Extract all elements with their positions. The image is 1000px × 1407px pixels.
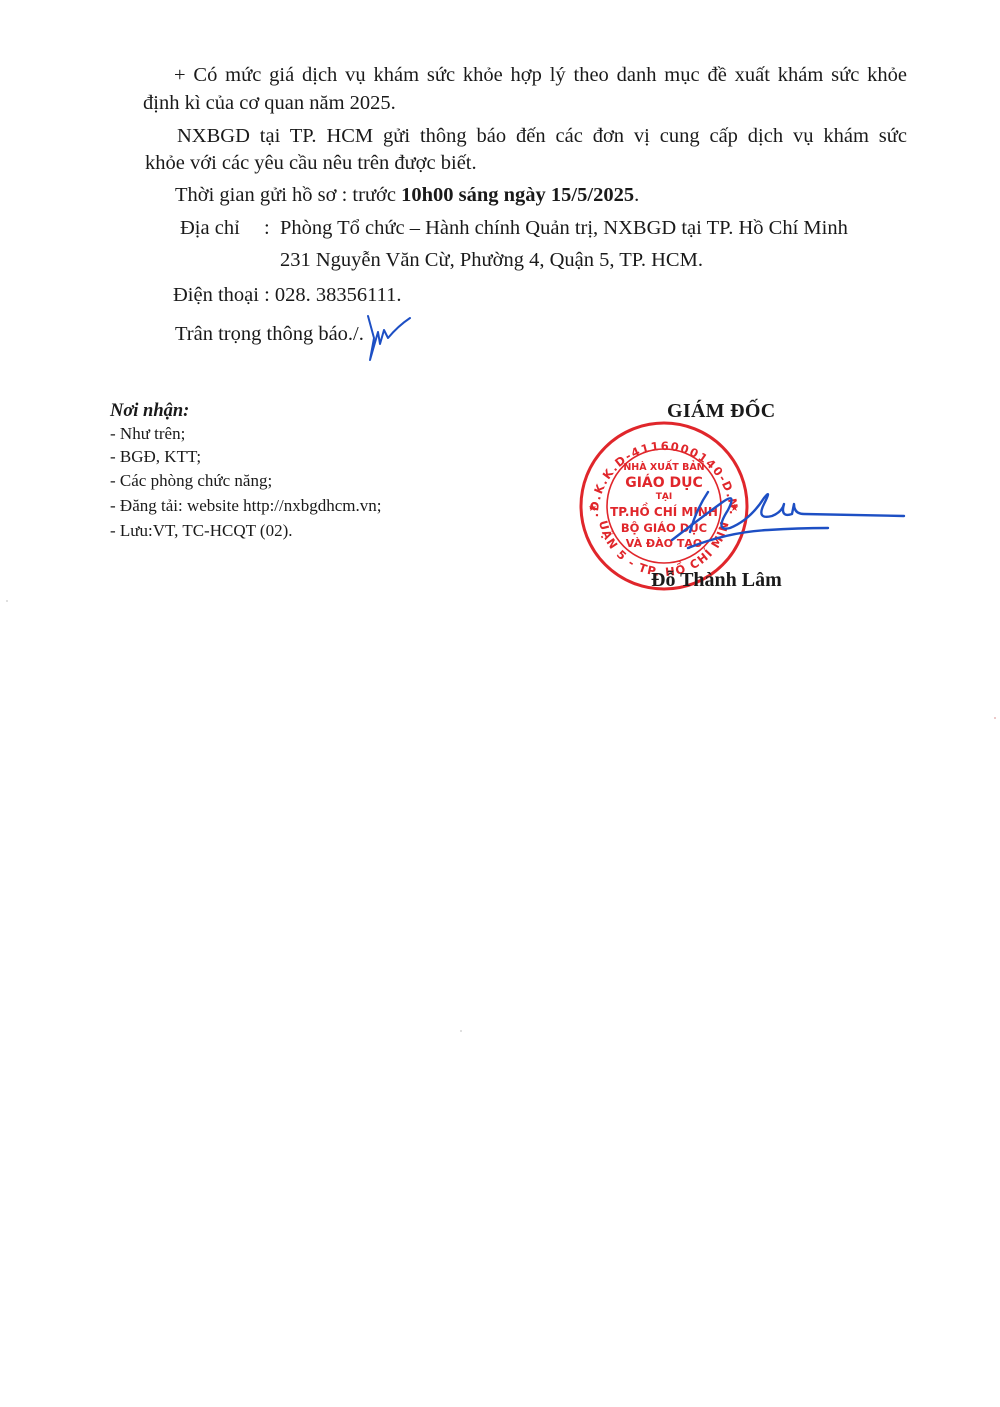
address-separator: : xyxy=(264,215,270,241)
recipient-item: - Các phòng chức năng; xyxy=(110,470,272,492)
deadline-suffix: . xyxy=(634,184,639,206)
initials-signature-icon xyxy=(360,308,420,368)
body-para2-line1: NXBGD tại TP. HCM gửi thông báo đến các … xyxy=(177,123,907,149)
body-para2-line2: khỏe với các yêu cầu nêu trên được biết. xyxy=(145,150,477,176)
body-para1-line2: định kì của cơ quan năm 2025. xyxy=(143,90,396,116)
svg-text:★: ★ xyxy=(588,503,597,514)
submission-deadline: Thời gian gửi hồ sơ : trước 10h00 sáng n… xyxy=(175,182,639,208)
director-signature-icon xyxy=(668,470,908,560)
scan-speck xyxy=(6,600,8,602)
address-line2: 231 Nguyễn Văn Cừ, Phường 4, Quận 5, TP.… xyxy=(280,247,703,273)
signatory-name: Đỗ Thành Lâm xyxy=(651,569,782,592)
recipients-heading: Nơi nhận: xyxy=(110,400,189,422)
deadline-prefix: Thời gian gửi hồ sơ : trước xyxy=(175,184,401,206)
scan-speck xyxy=(460,1030,462,1032)
closing-remark: Trân trọng thông báo./. xyxy=(175,321,364,347)
recipient-item: - Đăng tải: website http://nxbgdhcm.vn; xyxy=(110,495,382,517)
body-para1-line1: + Có mức giá dịch vụ khám sức khỏe hợp l… xyxy=(174,62,907,88)
address-label: Địa chỉ xyxy=(180,215,240,241)
phone-number: Điện thoại : 028. 38356111. xyxy=(173,282,402,308)
recipient-item: - Như trên; xyxy=(110,423,185,445)
document-page: + Có mức giá dịch vụ khám sức khỏe hợp l… xyxy=(0,0,1000,1407)
address-line1: Phòng Tổ chức – Hành chính Quản trị, NXB… xyxy=(280,215,848,241)
recipient-item: - BGĐ, KTT; xyxy=(110,446,201,468)
deadline-datetime: 10h00 sáng ngày 15/5/2025 xyxy=(401,184,634,206)
recipient-item: - Lưu:VT, TC-HCQT (02). xyxy=(110,520,293,542)
scan-speck xyxy=(994,717,996,719)
